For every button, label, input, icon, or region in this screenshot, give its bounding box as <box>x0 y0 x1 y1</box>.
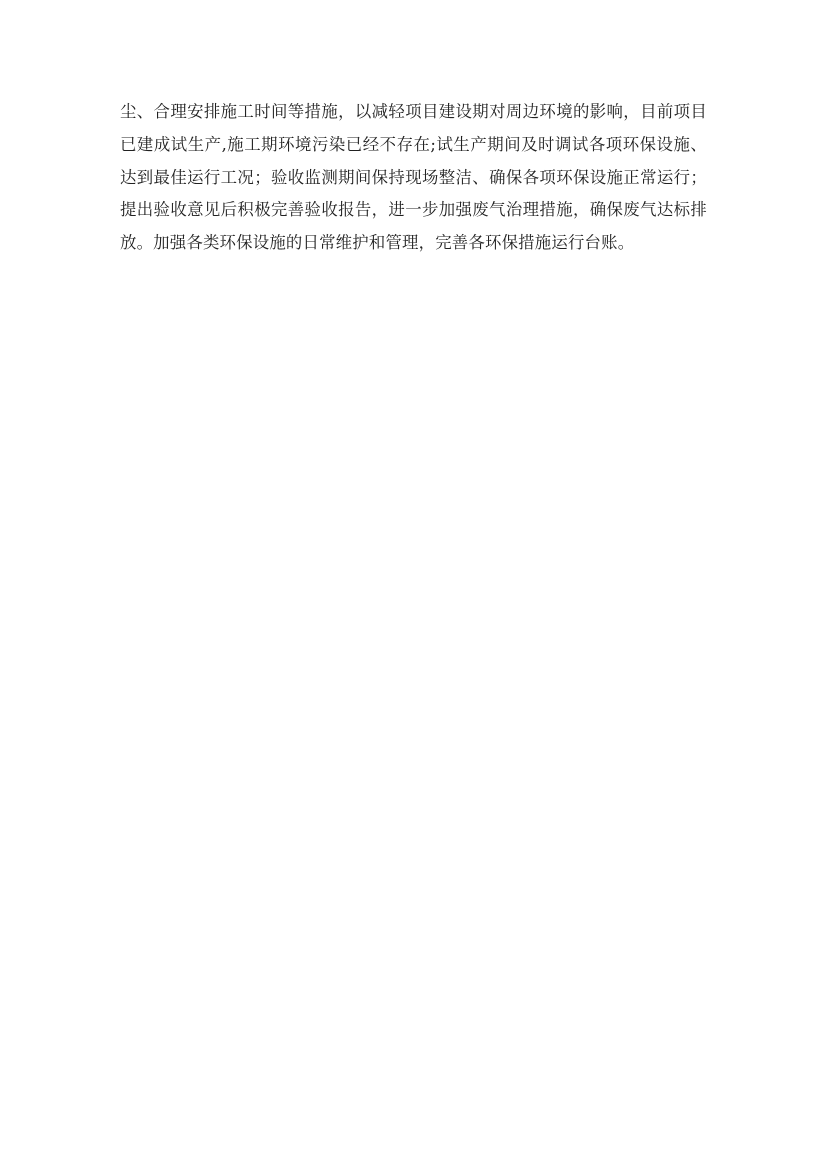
paragraph-line: 尘、合理安排施工时间等措施，以减轻项目建设期对周边环境的影响，目前项目 <box>120 96 707 129</box>
body-paragraph: 尘、合理安排施工时间等措施，以减轻项目建设期对周边环境的影响，目前项目 已建成试… <box>120 96 707 260</box>
paragraph-line: 提出验收意见后积极完善验收报告，进一步加强废气治理措施，确保废气达标排 <box>120 194 707 227</box>
paragraph-line: 达到最佳运行工况；验收监测期间保持现场整洁、确保各项环保设施正常运行； <box>120 162 707 195</box>
paragraph-line: 放。加强各类环保设施的日常维护和管理，完善各环保措施运行台账。 <box>120 227 707 260</box>
paragraph-line: 已建成试生产,施工期环境污染已经不存在;试生产期间及时调试各项环保设施、 <box>120 129 707 162</box>
document-page: 尘、合理安排施工时间等措施，以减轻项目建设期对周边环境的影响，目前项目 已建成试… <box>0 0 827 1169</box>
